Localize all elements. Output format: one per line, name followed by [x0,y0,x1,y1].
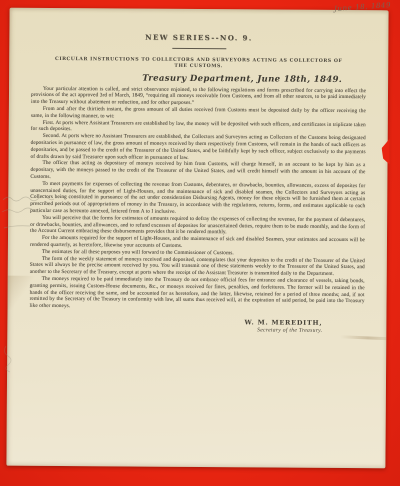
dateline: Treasury Department, June 18th, 1849. [31,72,366,84]
paragraph: The form of the weekly statement of mone… [30,255,365,278]
paragraph: The moneys required to be paid immediate… [29,276,364,312]
signature-title: Secretary of the Treasury. [29,326,322,334]
paper-crease [340,335,386,340]
paragraph: To meet payments for expenses of collect… [30,181,365,217]
series-heading: NEW SERIES--NO. 9. [31,32,366,43]
pencil-scribble-note [0,192,56,238]
paragraph: The officer thus acting as depositary of… [30,160,365,183]
divider-rule [172,48,226,49]
paragraph: Your particular attention is called, and… [31,85,366,108]
paper-torn-notch [382,138,390,164]
paragraph: Second. At ports where no Assistant Trea… [31,133,366,163]
signature-block: W. M. MEREDITH, Secretary of the Treasur… [29,317,364,334]
circular-heading: CIRCULAR INSTRUCTIONS TO COLLECTORS AND … [49,57,349,71]
paper-crease [7,276,35,310]
paragraph: You will perceive that the forms for est… [30,215,365,238]
paragraphs: Your particular attention is called, and… [29,85,366,312]
pencil-scribble-mark [0,344,16,374]
document-paper: NEW SERIES--NO. 9. CIRCULAR INSTRUCTIONS… [6,8,388,469]
photo-frame: NEW SERIES--NO. 9. CIRCULAR INSTRUCTIONS… [0,0,400,486]
